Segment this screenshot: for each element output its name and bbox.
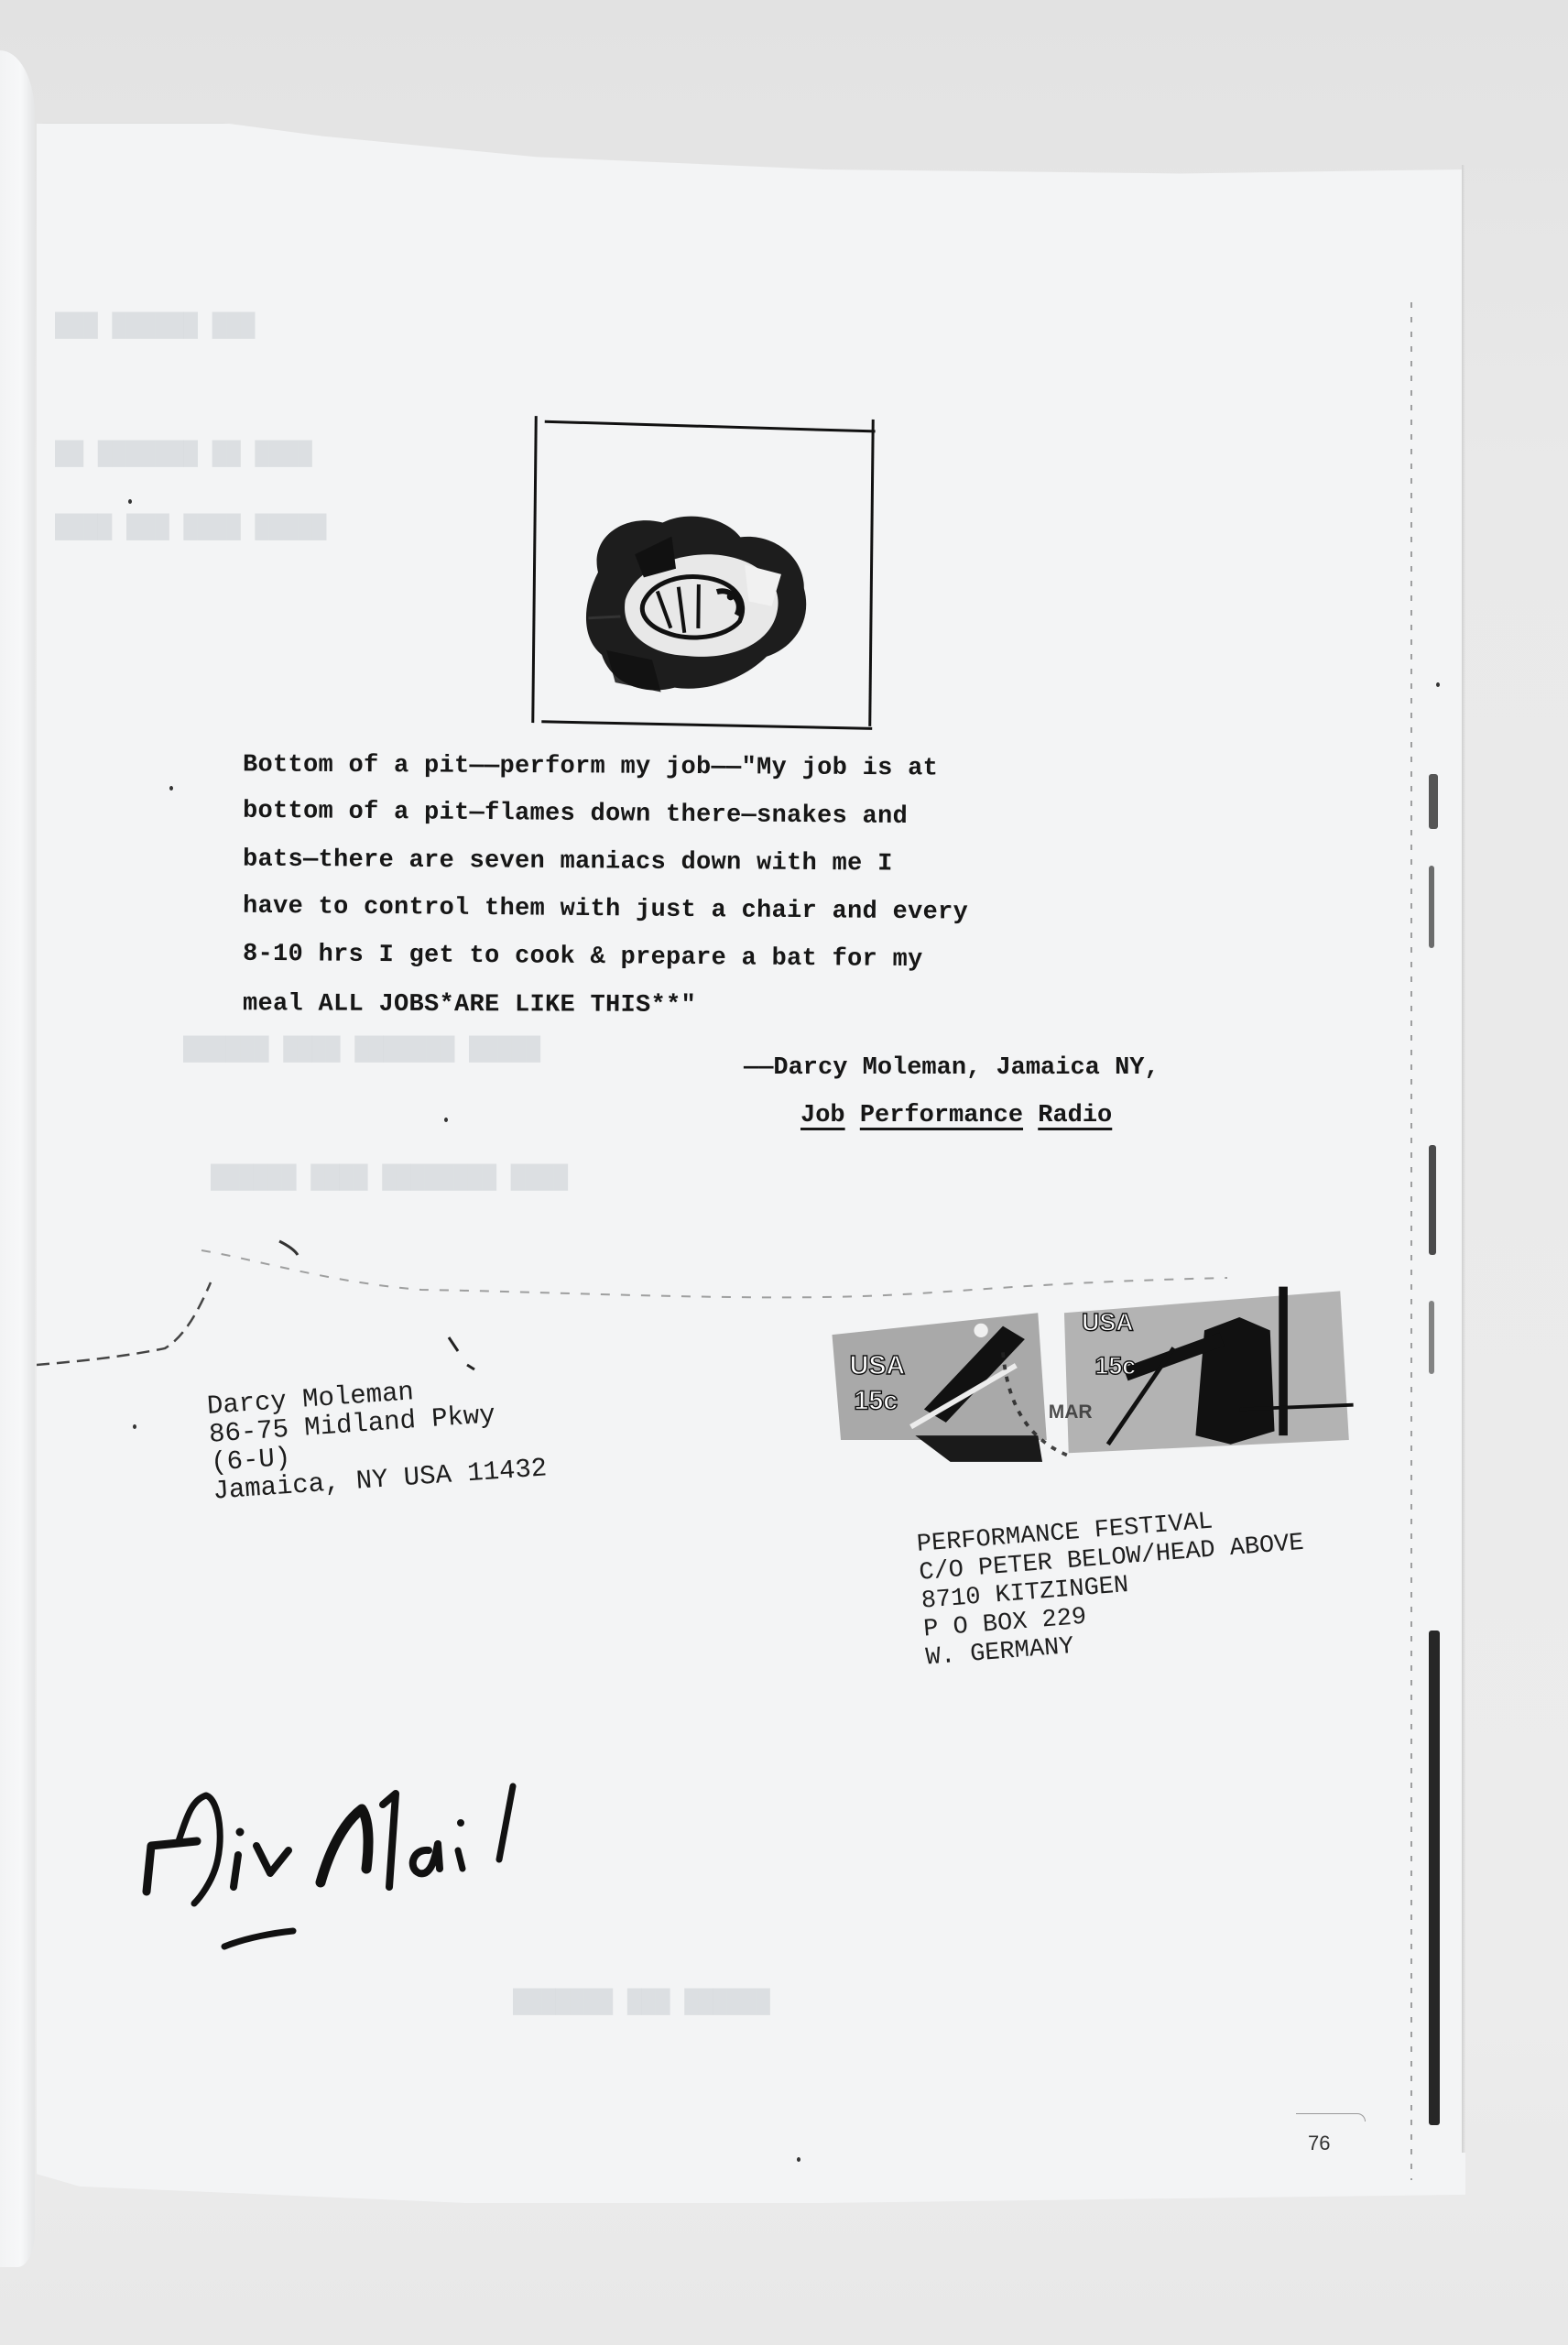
bleed-through-text: ██████ ████ ███████ █████ (183, 1035, 540, 1063)
ski-jumper-stamp-icon: USA 15c (832, 1313, 1046, 1462)
handwritten-air-mail-note: Air Mail (137, 1750, 577, 1960)
quote-line: bottom of a pit—flames down there—snakes… (243, 788, 1140, 844)
svg-text:USA: USA (850, 1351, 906, 1380)
source-word: Job (800, 1102, 845, 1129)
quote-line: bats—there are seven maniacs down with m… (243, 836, 1140, 890)
bleed-through-text: ████ ███ ████ █████ (55, 513, 326, 540)
copier-streak (1429, 866, 1434, 948)
facing-page-edge (0, 50, 35, 2267)
svg-text:MAR: MAR (1049, 1402, 1093, 1423)
copier-streak (1429, 1145, 1436, 1255)
quote-line: have to control them with just a chair a… (243, 883, 1140, 939)
copier-faint-rule (1410, 302, 1412, 2180)
bleed-through-text: ███ ██████ ███ (55, 311, 255, 339)
bleed-through-text: ██████ ████ ████████ ████ (211, 1163, 568, 1191)
ski-lift-stamp-icon: USA 15c (1064, 1287, 1354, 1454)
copier-streak (1429, 1631, 1440, 2125)
attribution-source: Job Performance Radio (800, 1092, 1160, 1140)
distorted-face-illustration-icon (570, 498, 819, 703)
speck (444, 1118, 448, 1122)
recipient-address: PERFORMANCE FESTIVAL C/O PETER BELOW/HEA… (916, 1501, 1312, 1674)
bleed-through-text: ███████ ███ ██████ (513, 1988, 770, 2015)
page-number-mark (1296, 2113, 1366, 2121)
quote-attribution: ——Darcy Moleman, Jamaica NY, Job Perform… (744, 1044, 1160, 1140)
quote-text: Bottom of a pit——perform my job——"My job… (243, 744, 1140, 1030)
quote-line: 8-10 hrs I get to cook & prepare a bat f… (243, 931, 1140, 987)
page-right-edge (1462, 165, 1465, 2153)
speck (169, 786, 173, 791)
speck (797, 2157, 800, 2162)
postage-stamps: USA 15c USA 15c MAR (820, 1278, 1388, 1479)
illustration-frame (531, 416, 874, 726)
svg-text:15c: 15c (854, 1386, 898, 1415)
speck (133, 1424, 136, 1429)
svg-text:15c: 15c (1094, 1352, 1136, 1380)
page-number: 76 (1308, 2132, 1330, 2155)
copier-streak (1429, 1301, 1434, 1374)
return-address: Darcy Moleman 86-75 Midland Pkwy (6-U) J… (206, 1369, 548, 1506)
speck (128, 499, 132, 504)
speck (1436, 682, 1440, 687)
svg-text:USA: USA (1082, 1308, 1134, 1336)
attribution-line: ——Darcy Moleman, Jamaica NY, (744, 1054, 1160, 1082)
bleed-through-text: ██ ███████ ██ ████ (55, 440, 312, 467)
quote-line: Bottom of a pit——perform my job——"My job… (243, 741, 1140, 793)
source-word: Performance (860, 1102, 1023, 1129)
source-word: Radio (1038, 1102, 1112, 1129)
quote-line: meal ALL JOBS*ARE LIKE THIS**" (243, 980, 1140, 1031)
copier-streak (1429, 774, 1438, 829)
